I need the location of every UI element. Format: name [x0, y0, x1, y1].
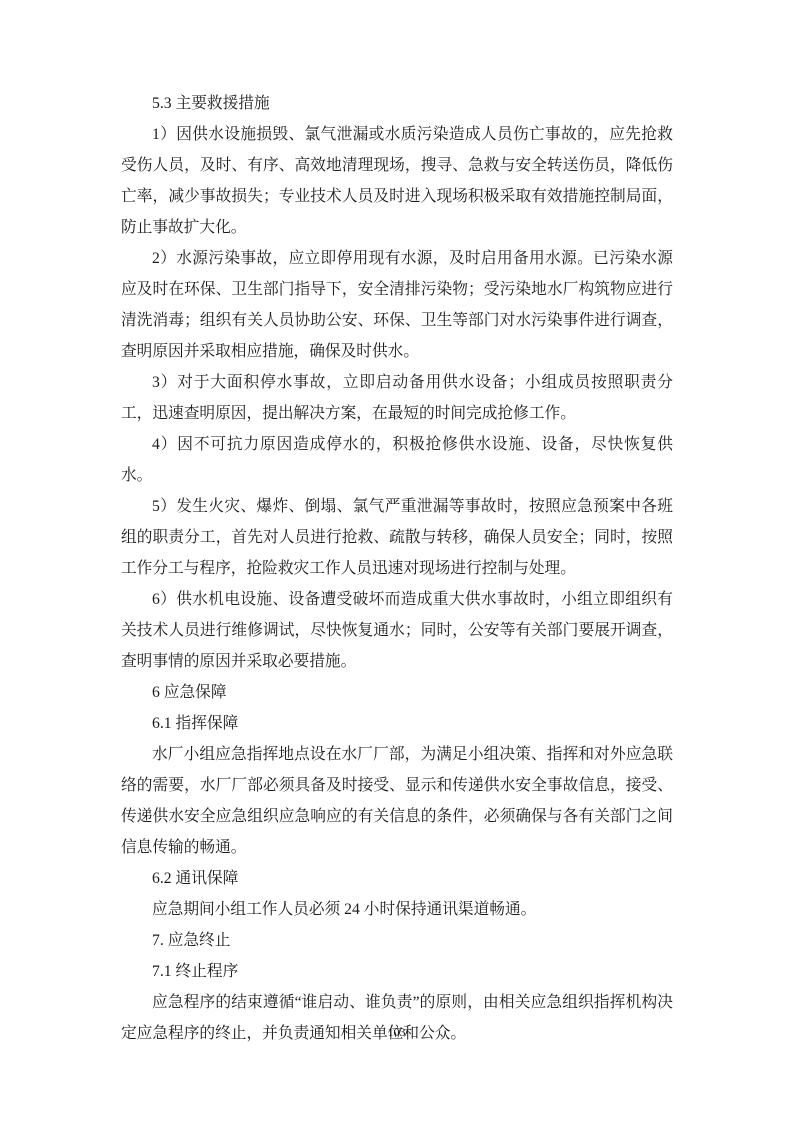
paragraph-command-support: 水厂小组应急指挥地点设在水厂厂部，为满足小组决策、指挥和对外应急联络的需要，水厂… — [121, 739, 673, 863]
section-heading-7-1: 7.1 终止程序 — [121, 956, 673, 987]
paragraph-communication-support: 应急期间小组工作人员必须 24 小时保持通讯渠道畅通。 — [121, 894, 673, 925]
section-heading-6: 6 应急保障 — [121, 677, 673, 708]
document-body: 5.3 主要救援措施 1）因供水设施损毁、氯气泄漏或水质污染造成人员伤亡事故的，… — [121, 88, 673, 1049]
section-heading-7: 7. 应急终止 — [121, 925, 673, 956]
page-number: 103 — [0, 1022, 793, 1042]
paragraph-equipment-damage: 6）供水机电设施、设备遭受破坏而造成重大供水事故时，小组立即组织有关技术人员进行… — [121, 584, 673, 677]
section-heading-6-1: 6.1 指挥保障 — [121, 708, 673, 739]
section-heading-5-3: 5.3 主要救援措施 — [121, 88, 673, 119]
paragraph-fire-explosion: 5）发生火灾、爆炸、倒塌、氯气严重泄漏等事故时，按照应急预案中各班组的职责分工，… — [121, 491, 673, 584]
paragraph-force-majeure: 4）因不可抗力原因造成停水的，积极抢修供水设施、设备，尽快恢复供水。 — [121, 429, 673, 491]
document-page: 5.3 主要救援措施 1）因供水设施损毁、氯气泄漏或水质污染造成人员伤亡事故的，… — [0, 0, 793, 1122]
paragraph-water-pollution: 2）水源污染事故，应立即停用现有水源，及时启用备用水源。已污染水源应及时在环保、… — [121, 243, 673, 367]
section-heading-6-2: 6.2 通讯保障 — [121, 863, 673, 894]
paragraph-large-outage: 3）对于大面积停水事故，立即启动备用供水设备；小组成员按照职责分工，迅速查明原因… — [121, 367, 673, 429]
paragraph-rescue-casualties: 1）因供水设施损毁、氯气泄漏或水质污染造成人员伤亡事故的，应先抢救受伤人员，及时… — [121, 119, 673, 243]
